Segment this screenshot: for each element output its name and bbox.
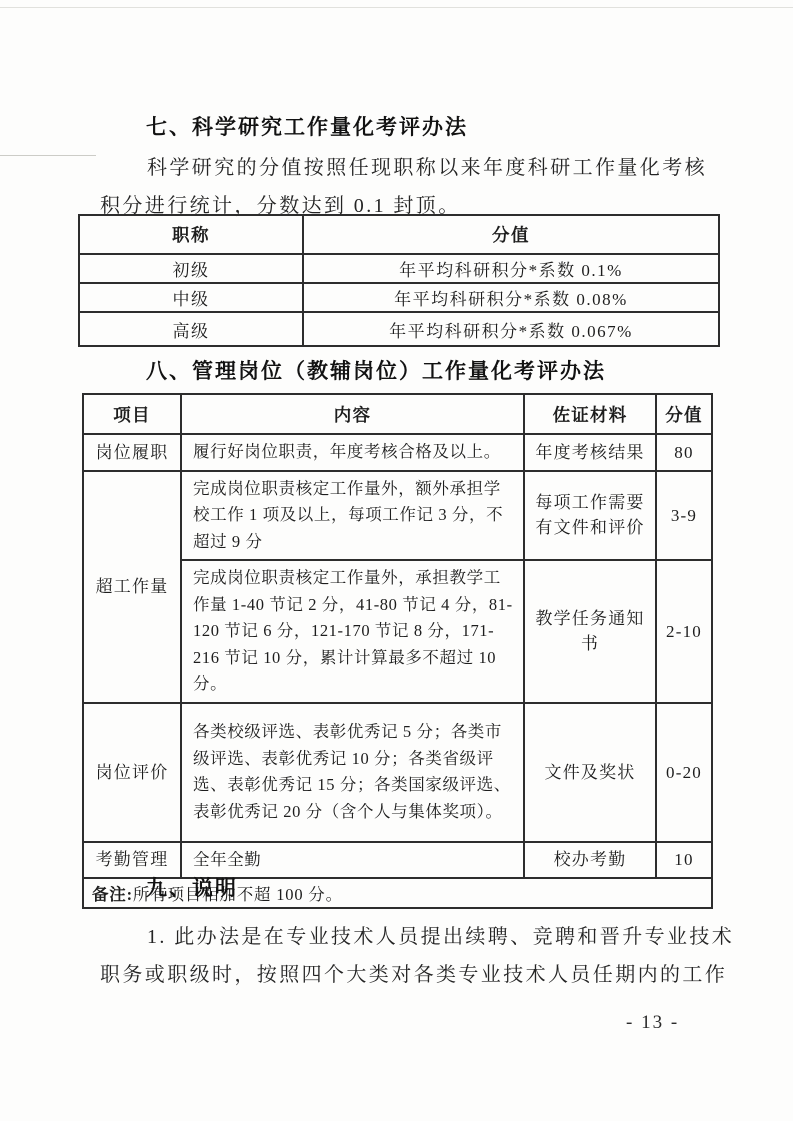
cell-evidence: 文件及奖状 — [524, 703, 656, 842]
cell-evidence: 教学任务通知书 — [524, 560, 656, 703]
header-cell-score: 分值 — [656, 394, 712, 434]
section-7-paragraph-line-1: 科学研究的分值按照任现职称以来年度科研工作量化考核 — [147, 151, 707, 180]
cell-score: 年平均科研积分*系数 0.1% — [303, 254, 719, 283]
cell-score: 年平均科研积分*系数 0.08% — [303, 283, 719, 312]
cell-score: 年平均科研积分*系数 0.067% — [303, 312, 719, 346]
header-cell-item: 项目 — [83, 394, 181, 434]
cell-item-overwork: 超工作量 — [83, 471, 181, 703]
cell-score: 3-9 — [656, 471, 712, 561]
cell-item: 岗位评价 — [83, 703, 181, 842]
cell-score: 0-20 — [656, 703, 712, 842]
scan-artifact-left-line — [0, 155, 96, 156]
cell-content: 完成岗位职责核定工作量外，额外承担学校工作 1 项及以上，每项工作记 3 分，不… — [181, 471, 524, 561]
table-row: 高级 年平均科研积分*系数 0.067% — [79, 312, 719, 346]
cell-score: 10 — [656, 842, 712, 879]
management-post-table: 项目 内容 佐证材料 分值 岗位履职 履行好岗位职责，年度考核合格及以上。 年度… — [82, 393, 713, 909]
note-label: 备注: — [92, 885, 133, 904]
table-row-evaluation: 岗位评价 各类校级评选、表彰优秀记 5 分；各类市级评选、表彰优秀记 10 分；… — [83, 703, 712, 842]
table-row: 中级 年平均科研积分*系数 0.08% — [79, 283, 719, 312]
cell-evidence: 年度考核结果 — [524, 434, 656, 471]
cell-score: 80 — [656, 434, 712, 471]
section-9-heading: 九、说明 — [146, 872, 238, 902]
section-8-heading: 八、管理岗位（教辅岗位）工作量化考评办法 — [146, 355, 606, 385]
scan-artifact-top-line — [0, 7, 793, 8]
table-header-row: 职称 分值 — [79, 215, 719, 254]
table-row-overwork-a: 超工作量 完成岗位职责核定工作量外，额外承担学校工作 1 项及以上，每项工作记 … — [83, 471, 712, 561]
cell-evidence: 校办考勤 — [524, 842, 656, 879]
header-cell-title: 职称 — [79, 215, 303, 254]
section-7-heading: 七、科学研究工作量化考评办法 — [146, 111, 468, 141]
section-9-paragraph-line-2: 职务或职级时，按照四个大类对各类专业技术人员任期内的工作 — [100, 958, 727, 987]
cell-evidence: 每项工作需要有文件和评价 — [524, 471, 656, 561]
scanned-document-page: 七、科学研究工作量化考评办法 科学研究的分值按照任现职称以来年度科研工作量化考核… — [0, 0, 793, 1121]
table-header-row: 项目 内容 佐证材料 分值 — [83, 394, 712, 434]
header-cell-score: 分值 — [303, 215, 719, 254]
cell-title: 高级 — [79, 312, 303, 346]
cell-title: 中级 — [79, 283, 303, 312]
table-row: 初级 年平均科研积分*系数 0.1% — [79, 254, 719, 283]
page-number: - 13 - — [626, 1012, 679, 1034]
research-score-table: 职称 分值 初级 年平均科研积分*系数 0.1% 中级 年平均科研积分*系数 0… — [78, 214, 720, 347]
cell-content: 各类校级评选、表彰优秀记 5 分；各类市级评选、表彰优秀记 10 分；各类省级评… — [181, 703, 524, 842]
cell-content: 履行好岗位职责，年度考核合格及以上。 — [181, 434, 524, 471]
cell-score: 2-10 — [656, 560, 712, 703]
header-cell-content: 内容 — [181, 394, 524, 434]
table-row-duty: 岗位履职 履行好岗位职责，年度考核合格及以上。 年度考核结果 80 — [83, 434, 712, 471]
section-9-paragraph-line-1: 1. 此办法是在专业技术人员提出续聘、竞聘和晋升专业技术 — [147, 920, 734, 949]
cell-content: 完成岗位职责核定工作量外，承担教学工作量 1-40 节记 2 分，41-80 节… — [181, 560, 524, 703]
header-cell-evidence: 佐证材料 — [524, 394, 656, 434]
cell-title: 初级 — [79, 254, 303, 283]
cell-item: 岗位履职 — [83, 434, 181, 471]
